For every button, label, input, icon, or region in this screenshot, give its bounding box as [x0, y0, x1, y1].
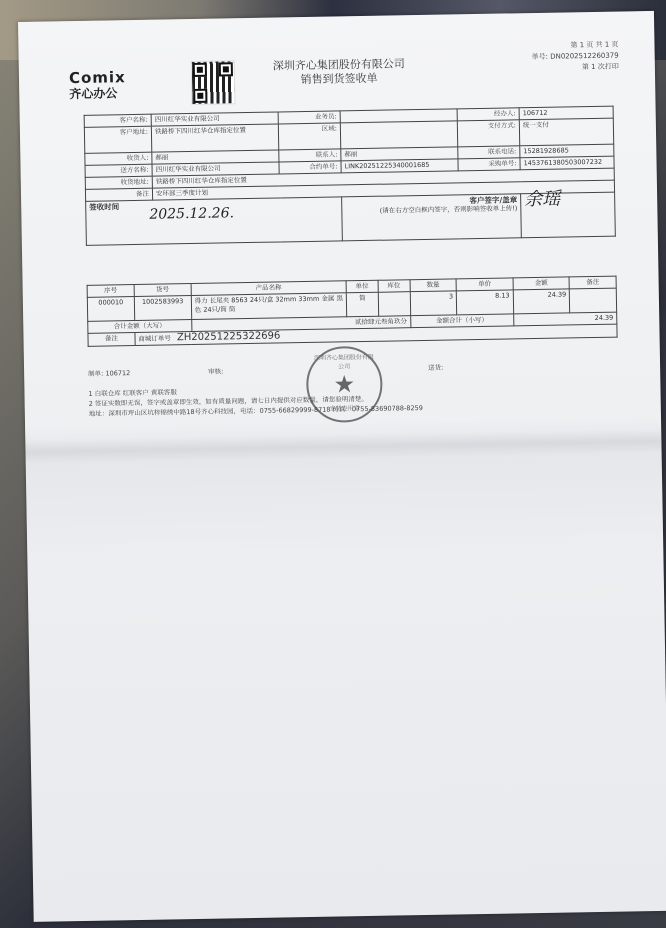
- column-header: 单位: [346, 280, 378, 293]
- document: Comix 齐心办公 深圳齐心集团股份有限公司 销售到货签收单 第 1 页 共 …: [38, 40, 618, 50]
- doc-title: 销售到货签收单: [239, 71, 439, 88]
- payment: 统一支付: [519, 118, 613, 146]
- items-remark-label: 备注: [88, 333, 135, 347]
- cell-loc: [378, 292, 410, 317]
- cell-unit: 筒: [346, 292, 378, 317]
- doc-meta: 第 1 页 共 1 页 单号: DN0202512260379 第 1 次打印: [478, 40, 619, 75]
- handler-label: 经办人:: [457, 108, 519, 121]
- document-header: 深圳齐心集团股份有限公司 销售到货签收单: [239, 57, 439, 88]
- column-header: 货号: [134, 284, 191, 297]
- customer-address-label: 客户地址:: [84, 126, 151, 153]
- cell-price: 8.13: [456, 290, 513, 315]
- cell-sku: 1002583993: [134, 296, 191, 321]
- logo-text-cn: 齐心办公: [69, 84, 126, 102]
- signature-handwritten: 余瑶: [524, 194, 611, 205]
- salesperson-label: 业务员:: [278, 111, 340, 124]
- cell-name: 得力 长尾夹 8563 24只/盒 32mm 33mm 金属 黑色 24只/筒 …: [191, 293, 347, 320]
- delivery-sign: 送货:: [428, 363, 443, 373]
- column-header: 单价: [456, 278, 513, 291]
- signature-box: 余瑶: [521, 192, 616, 238]
- column-header: 备注: [569, 276, 616, 289]
- column-header: 序号: [87, 285, 134, 298]
- delivery-receipt-paper: Comix 齐心办公 深圳齐心集团股份有限公司 销售到货签收单 第 1 页 共 …: [18, 11, 666, 922]
- review: 审核:: [208, 363, 428, 377]
- comix-logo: Comix 齐心办公: [69, 68, 126, 102]
- footer: 制单: 106712 审核: 送货: 1 白联仓库 红联客户 黄联客服 2 签证…: [88, 359, 629, 418]
- paper-fold: [25, 429, 661, 464]
- region: [340, 121, 457, 149]
- cell-seq: 000010: [87, 297, 134, 322]
- contact-label: 联系人:: [279, 149, 341, 162]
- info-table: 客户名称: 四川红华实业有限公司 业务员: 经办人: 106712 客户地址: …: [84, 106, 616, 246]
- sign-note: (请在右方空白框内签字，否则影响签收单上传!): [345, 204, 517, 216]
- items-table: 序号货号产品名称单位库位数量单价金额备注 0000101002583993得力 …: [87, 276, 618, 347]
- column-header: 数量: [410, 279, 457, 292]
- customer-address: 铁路桥下四川红华仓库指定位置: [151, 124, 278, 152]
- phone-label: 联系电话:: [458, 146, 520, 159]
- qr-code-icon: [191, 60, 236, 105]
- column-header: 金额: [513, 277, 570, 290]
- doc-number-value: DN0202512260379: [550, 52, 619, 61]
- sign-label-cell: 客户签字/盖章 (请在右方空白框内签字，否则影响签收单上传!): [342, 194, 522, 241]
- cell-qty: 3: [410, 291, 457, 316]
- contract-label: 合约单号:: [279, 161, 341, 174]
- mall-order-number: ZH20251225322696: [177, 330, 281, 343]
- sign-time-handwritten: 2025.12.26.: [149, 207, 338, 219]
- cell-amount: 24.39: [513, 289, 570, 314]
- column-header: 库位: [378, 280, 410, 293]
- maker: 制单: 106712: [88, 367, 208, 379]
- print-count: 第 1 次打印: [479, 62, 619, 75]
- sign-time-cell: 签收时间 2025.12.26.: [86, 197, 343, 245]
- payment-label: 支付方式:: [457, 120, 519, 147]
- purchase-label: 采购单号:: [458, 158, 520, 171]
- region-label: 区域:: [278, 123, 340, 150]
- cell-note: [570, 288, 617, 313]
